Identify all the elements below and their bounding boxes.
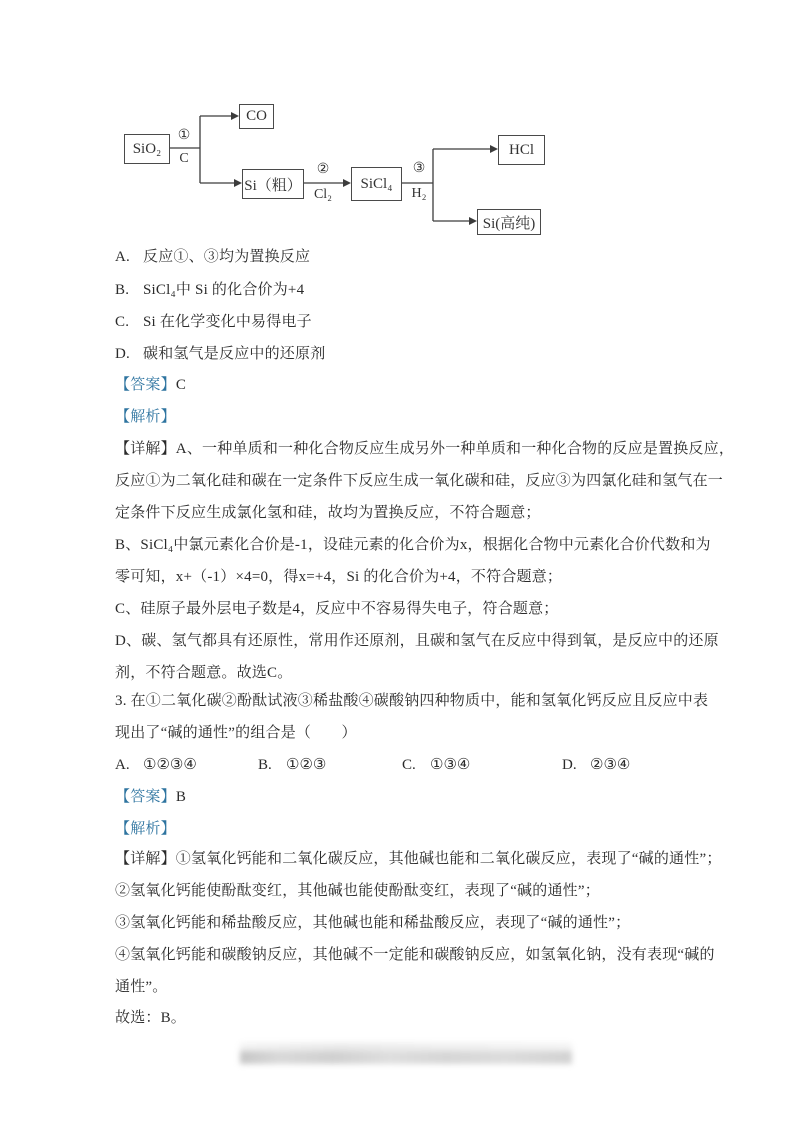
- q2-detail-line-7: D、碳、氢气都具有还原性，常用作还原剂，且碳和氢气在反应中得到氧，是反应中的还原: [115, 631, 719, 651]
- q2-option-c-key: C.: [115, 312, 143, 332]
- q3-detail-line-3: ③氢氧化钙能和稀盐酸反应，其他碱也能和稀盐酸反应，表现了“碱的通性”；: [115, 913, 630, 933]
- arrowhead-icon: [469, 217, 477, 225]
- diagram-box-co: CO: [239, 104, 274, 129]
- arrowhead-icon: [234, 179, 242, 187]
- diagram-box-sicl4: SiCl₄: [351, 167, 402, 201]
- diagram-label-step2: ②: [306, 162, 340, 177]
- q2-detail-line-4: B、SiCl₄中氯元素化合价是-1，设硅元素的化合价为x，根据化合物中元素化合价…: [115, 535, 711, 555]
- q3-stem-line-2: 现出了“碱的通性”的组合是（ ）: [115, 723, 357, 743]
- arrowhead-icon: [343, 179, 351, 187]
- q2-option-a-text: 反应①、③均为置换反应: [143, 249, 310, 265]
- q2-option-a: A.反应①、③均为置换反应: [115, 247, 310, 267]
- q3-option-d-text: ②③④: [590, 757, 630, 773]
- q2-option-d-text: 碳和氢气是反应中的还原剂: [143, 346, 325, 362]
- q2-answer-line: 【答案】C: [115, 375, 186, 395]
- reaction-flow-diagram: SiO₂ CO Si（粗） SiCl₄ HCl Si(高纯) ① C ② Cl₂…: [110, 95, 710, 250]
- q2-detail-line-1: 【详解】A、一种单质和一种化合物反应生成另外一种单质和一种化合物的反应是置换反应…: [115, 439, 734, 459]
- q3-answer-line: 【答案】B: [115, 787, 186, 807]
- diagram-label-step3: ③: [402, 161, 436, 176]
- arrowhead-icon: [231, 112, 239, 120]
- q3-option-b-text: ①②③: [286, 757, 326, 773]
- watermark-strip-light: [240, 1043, 572, 1051]
- q3-option-c-key: C.: [402, 757, 430, 774]
- q3-analysis-label: 【解析】: [115, 821, 176, 837]
- q3-detail-line-5: 通性”。: [115, 977, 167, 997]
- q3-option-a-key: A.: [115, 757, 143, 774]
- q2-option-d: D.碳和氢气是反应中的还原剂: [115, 344, 325, 364]
- q3-option-d-key: D.: [562, 757, 590, 774]
- q2-detail-line-2: 反应①为二氧化硅和碳在一定条件下反应生成一氧化碳和硅，反应③为四氯化硅和氢气在一: [115, 471, 723, 491]
- watermark-strip-dark: [240, 1051, 572, 1064]
- diagram-box-hcl: HCl: [498, 135, 545, 165]
- diagram-box-si-pure: Si(高纯): [477, 209, 541, 235]
- blurred-watermark: [240, 1043, 572, 1071]
- q2-detail-line-8: 剂，不符合题意。故选C。: [115, 663, 292, 683]
- q3-detail-line-6: 故选：B。: [115, 1008, 186, 1028]
- diagram-label-step3-reagent: H₂: [402, 186, 436, 201]
- q3-option-d: D.②③④: [562, 755, 630, 774]
- q3-option-b: B.①②③: [258, 755, 326, 774]
- arrowhead-icon: [490, 145, 498, 153]
- q2-option-d-key: D.: [115, 344, 143, 364]
- q2-answer-value: C: [176, 377, 186, 393]
- q2-analysis-label: 【解析】: [115, 409, 176, 425]
- q3-option-a-text: ①②③④: [143, 757, 197, 773]
- q2-option-b: B.SiCl₄中 Si 的化合价为+4: [115, 280, 304, 300]
- q2-analysis-line: 【解析】: [115, 407, 176, 427]
- q2-detail-line-6: C、硅原子最外层电子数是4，反应中不容易得失电子，符合题意；: [115, 599, 559, 619]
- q2-detail-line-3: 定条件下反应生成氯化氢和硅，故均为置换反应，不符合题意；: [115, 503, 541, 523]
- q3-answer-label: 【答案】: [115, 789, 176, 805]
- q3-option-c: C.①③④: [402, 755, 470, 774]
- diagram-label-step1: ①: [167, 128, 201, 143]
- diagram-box-si-crude: Si（粗）: [242, 169, 304, 199]
- q3-answer-value: B: [176, 789, 186, 805]
- q3-detail-line-4: ④氢氧化钙能和碳酸钠反应，其他碱不一定能和碳酸钠反应，如氢氧化钠，没有表现“碱的: [115, 945, 715, 965]
- q3-detail-line-1: 【详解】①氢氧化钙能和二氧化碳反应，其他碱也能和二氧化碳反应，表现了“碱的通性”…: [115, 849, 722, 869]
- diagram-label-step2-reagent: Cl₂: [306, 187, 340, 202]
- q2-option-b-key: B.: [115, 280, 143, 300]
- diagram-label-step1-reagent: C: [167, 151, 201, 166]
- q2-detail-line-5: 零可知，x+（-1）×4=0，得x=+4，Si 的化合价为+4，不符合题意；: [115, 567, 562, 587]
- document-page: SiO₂ CO Si（粗） SiCl₄ HCl Si(高纯) ① C ② Cl₂…: [0, 0, 793, 1122]
- q3-detail-line-2: ②氢氧化钙能使酚酞变红，其他碱也能使酚酞变红，表现了“碱的通性”；: [115, 881, 600, 901]
- q2-option-c: C.Si 在化学变化中易得电子: [115, 312, 312, 332]
- q2-option-a-key: A.: [115, 247, 143, 267]
- q3-option-c-text: ①③④: [430, 757, 470, 773]
- q2-option-c-text: Si 在化学变化中易得电子: [143, 314, 312, 330]
- q2-answer-label: 【答案】: [115, 377, 176, 393]
- q2-option-b-text: SiCl₄中 Si 的化合价为+4: [143, 282, 304, 298]
- q3-option-b-key: B.: [258, 757, 286, 774]
- diagram-box-sio2: SiO₂: [124, 134, 170, 164]
- q3-option-a: A.①②③④: [115, 755, 197, 774]
- q3-stem-line-1: 3. 在①二氧化碳②酚酞试液③稀盐酸④碳酸钠四种物质中，能和氢氧化钙反应且反应中…: [115, 691, 708, 711]
- q3-analysis-line: 【解析】: [115, 819, 176, 839]
